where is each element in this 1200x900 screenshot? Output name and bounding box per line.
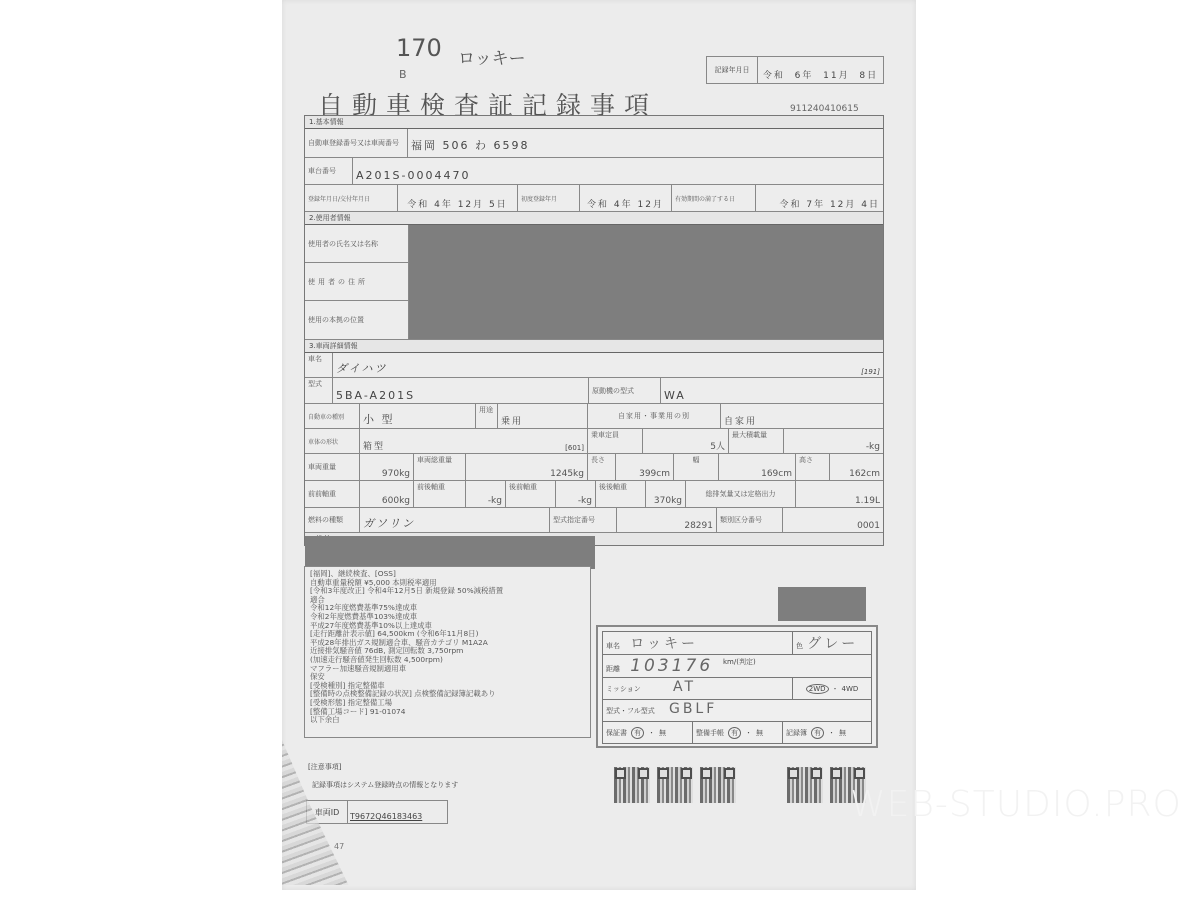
sticker-record-no: 無 [839,728,846,738]
maker-value: ダイハツ [336,360,388,376]
displacement-label: 総排気量又は定格出力 [686,481,796,507]
section-header: 2.使用者情報 [305,212,883,225]
qr-code-icon [700,767,736,803]
vehicle-id-box: 車両ID T9672Q46183463 [306,800,448,824]
capacity-value: 5人 [710,439,725,452]
record-date-year: 6年 [795,68,814,81]
registration-label: 自動車登録番号又は車両番号 [305,129,408,157]
designation-value: 28291 [684,521,713,531]
sticker-grade-value: GBLF [669,701,717,717]
width-value: 169cm [761,469,792,479]
maxload-label: 最大積載量 [729,429,784,453]
category-label: 類別区分番号 [717,508,783,532]
front-rear-axle-label: 前後軸重 [414,481,466,507]
maker-code: [191] [861,368,880,376]
chassis-label: 車台番号 [305,158,353,184]
sticker-warranty-yes: 有 [631,727,644,739]
sticker-mileage-unit: km/(判定) [723,657,756,667]
use-label: 用途 [476,404,498,428]
displacement-value: 1.19L [855,496,880,506]
user-address-label: 使用者の住所 [305,263,409,300]
engine-label: 原動機の型式 [589,378,661,403]
sticker-transmission-label: ミッション [606,685,641,693]
page-code: 47 [334,842,344,851]
weight-value: 970kg [382,469,410,479]
redacted-stamp [778,587,866,621]
height-value: 162cm [849,469,880,479]
note-line: 以下余白 [310,716,585,725]
expiry-label: 有効期間の満了する日 [672,185,756,211]
sticker-2wd-selected: 2WD [806,684,829,694]
document-number: 911240410615 [790,104,859,114]
model-value: 5BA-A201S [333,378,589,403]
type-value: 小 型 [360,404,476,428]
first-reg-value: 令和 4年 12月 [580,185,672,211]
weight-label: 車両重量 [305,454,360,480]
gross-label: 車両総重量 [414,454,466,480]
sticker-manual-label: 整備手帳 [696,728,724,738]
body-label: 車体の形状 [305,429,360,453]
section-header: 3.車両詳細情報 [305,340,883,353]
record-date-day: 8日 [859,68,878,81]
maker-label: 車名 [305,353,333,377]
sticker-transmission-value: AT [673,679,696,695]
registration-value: 福岡 506 わ 6598 [408,129,880,157]
sticker-drive-separator: ・ [832,684,839,694]
maxload-value: -kg [866,442,880,452]
sticker-mileage-value: 103176 [630,656,713,676]
handwritten-mark: B [399,68,407,81]
designation-label: 型式指定番号 [550,508,617,532]
height-label: 高さ [796,454,830,480]
sticker-color-value: グレー [807,636,858,652]
sticker-record-yes: 有 [811,727,824,739]
sticker-manual-yes: 有 [728,727,741,739]
section-header: 1.基本情報 [305,116,883,129]
sticker-grade-label: 型式・フル型式 [606,707,655,715]
handwritten-name: ロッキー [458,44,526,69]
engine-value: WA [661,378,883,403]
watermark: WEB-STUDIO.PRO [850,784,1182,825]
category-value: 0001 [857,521,880,531]
record-date-month: 11月 [823,68,849,81]
gross-value: 1245kg [550,469,584,479]
qr-code-icon [657,767,693,803]
sticker-name-value: ロッキー [630,636,698,652]
sticker-color-label: 色 [796,642,803,650]
body-value: 箱型 [363,439,385,452]
sticker-record-label: 記録簿 [786,728,807,738]
sticker-name-label: 車名 [606,642,620,650]
redacted-owner-info [409,225,883,339]
sticker-4wd: 4WD [842,685,859,693]
fuel-value: ガソリン [360,508,550,532]
chassis-value: A201S-0004470 [353,158,883,184]
use-value: 乗用 [498,404,588,428]
base-location-label: 使用の本拠の位置 [305,301,409,339]
section-basic-info: 1.基本情報 自動車登録番号又は車両番号 福岡 506 わ 6598 車台番号 … [304,115,884,546]
caution-body: 記録事項はシステム登録時点の情報となります [312,780,458,790]
fuel-label: 燃料の種類 [305,508,360,532]
front-rear-axle-value: -kg [488,496,502,506]
note-line: [令和3年度改正] 令和4年12月5日 新規登録 50%減税措置 [310,587,585,596]
first-reg-label: 初度登録年月 [518,185,580,211]
record-date-era: 令和 [763,68,785,81]
front-front-axle-label: 前前軸重 [305,481,360,507]
dealer-sticker: 車名 ロッキー 色 グレー 距離 103176 km/(判定) ミッション AT… [596,625,878,748]
qr-code-icon [614,767,650,803]
model-label: 型式 [305,378,333,403]
qr-code-icon [787,767,823,803]
length-label: 長さ [588,454,616,480]
sticker-mileage-label: 距離 [606,665,620,673]
width-label: 幅 [674,454,719,480]
remarks-notes: [福岡]、継続検査、[OSS] 自動車重量税額 ¥5,000 本則税率適用 [令… [304,566,591,738]
rear-front-axle-value: -kg [578,496,592,506]
sticker-warranty-label: 保証書 [606,728,627,738]
record-date-box: 記録年月日 令和 6年 11月 8日 [706,56,884,84]
user-name-label: 使用者の氏名又は名称 [305,225,409,262]
length-value: 399cm [639,469,670,479]
record-date-label: 記録年月日 [707,57,758,83]
body-code: [601] [565,444,584,452]
caution-title: [注意事項] [308,762,341,772]
capacity-label: 乗車定員 [588,429,643,453]
rear-rear-axle-label: 後後軸重 [596,481,646,507]
type-label: 自動車の種別 [305,404,360,428]
private-value: 自家用 [721,404,883,428]
handwritten-number: 170 [396,34,442,62]
reg-date-value: 令和 4年 12月 5日 [398,185,518,211]
sticker-warranty-no: 無 [659,728,666,738]
rear-rear-axle-value: 370kg [654,496,682,506]
front-front-axle-value: 600kg [382,496,410,506]
note-line: [整備工場コード] 91-01074 [310,708,585,717]
private-label: 自家用・事業用の別 [588,404,721,428]
reg-date-label: 登録年月日/交付年月日 [305,185,398,211]
vehicle-id-value: T9672Q46183463 [348,801,447,823]
sticker-manual-no: 無 [756,728,763,738]
rear-front-axle-label: 後前軸重 [506,481,556,507]
redacted-remarks [305,536,595,569]
expiry-value: 令和 7年 12月 4日 [756,185,883,211]
note-line: マフラー加速騒音規制適用車 [310,665,585,674]
